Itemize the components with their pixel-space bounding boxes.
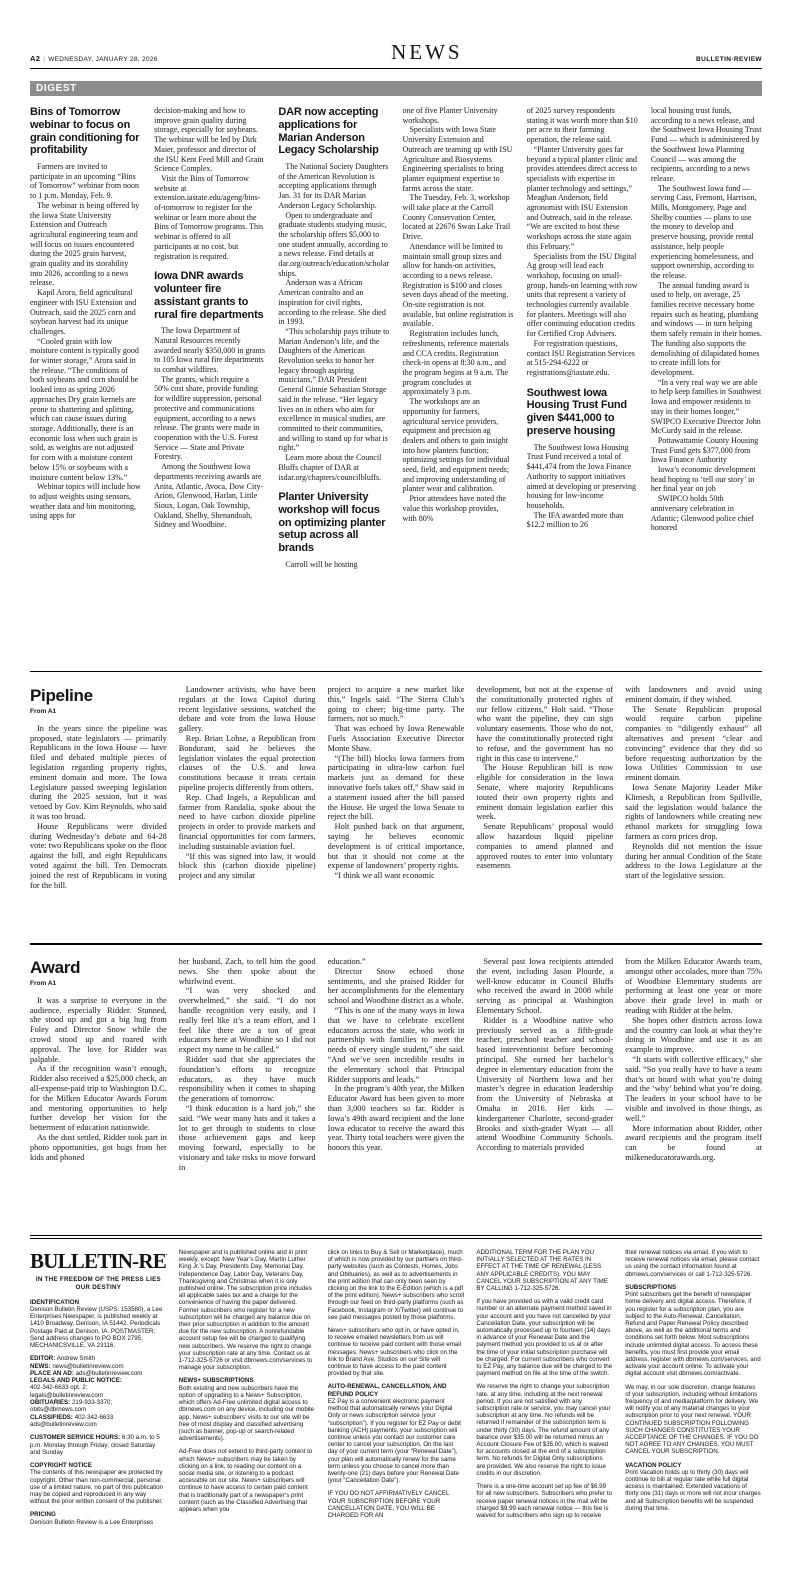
article-headline: Bins of Tomorrow webinar to focus on gra… [30,106,141,157]
article-paragraph: Landowner activists, who have been regul… [179,685,316,734]
article-paragraph: The annual funding award is used to help… [651,281,762,378]
article-paragraph: “In a very real way we are able to help … [651,378,762,436]
masthead: BULLETIN-REVIEWIN THE FREEDOM OF THE PRE… [30,1249,762,1579]
article-paragraph: project to acquire a new market like thi… [328,685,465,724]
article-paragraph: from the Milken Educator Awards team, am… [625,957,762,1016]
masthead-heading: NEWS+ SUBSCRIPTIONS [179,1377,316,1384]
contact-label: LEGALS AND PUBLIC NOTICE: [30,1377,122,1384]
masthead-paragraph: If you have provided us with a valid cre… [476,1298,613,1377]
contact-label: CLASSIFIEDS: [30,1414,73,1421]
article-paragraph: decision-making and how to improve grain… [154,106,265,174]
article-paragraph: As the dust settled, Ridder took part in… [30,1133,167,1162]
masthead-paragraph: Both existing and new subscribers have t… [179,1385,316,1443]
article-paragraph: development, but not at the expense of t… [476,685,613,763]
text-column: of 2025 survey respondents stating it wa… [527,106,638,664]
contact-label: EDITOR: [30,1355,55,1362]
article-paragraph: Prior attendees have noted the value thi… [402,494,513,523]
article-paragraph: “This scholarship pays tribute to Marian… [278,327,389,453]
article-paragraph: education.” [328,957,465,967]
article-headline: Southwest Iowa Housing Trust Fund given … [527,387,638,438]
masthead-paragraph: Denison Bulletin Review (USPS: 153580), … [30,1306,167,1349]
article-paragraph: Among the Southwest Iowa departments rec… [154,462,265,530]
masthead-paragraph: Ad-Free does not extend to third-party c… [179,1448,316,1513]
article-paragraph: More information about Ridder, other awa… [625,1124,762,1163]
article-paragraph: “It starts with collective efficacy,” sh… [625,1055,762,1124]
masthead-paragraph: We reserve the right to change your subs… [476,1383,613,1477]
text-column: Newspaper and is published online and in… [179,1249,316,1579]
masthead-heading: VACATION POLICY [625,1462,762,1469]
article-paragraph: local housing trust funds, according to … [651,106,762,184]
article-paragraph: Visit the Bins of Tomorrow website at ex… [154,174,265,261]
article-paragraph: “Planter University goes far beyond a ty… [527,145,638,252]
text-column: with landowners and avoid using eminent … [625,685,762,933]
masthead-paragraph: Denison Bulletin Review is a Lee Enterpr… [30,1519,167,1526]
article-paragraph: her husband, Zach, to tell him the good … [179,957,316,986]
divider-rule [30,943,762,945]
article-headline: Iowa DNR awards volunteer fire assistant… [154,270,265,321]
text-column: Bins of Tomorrow webinar to focus on gra… [30,106,141,664]
masthead-heading: SUBSCRIPTIONS [625,1284,762,1291]
masthead-paragraph: EZ Pay is a convenient electronic paymen… [328,1398,465,1484]
article-paragraph: The grants, which require a 50% cost sha… [154,375,265,462]
article-paragraph: Specialists with Iowa State University E… [402,125,513,193]
article-paragraph: Attendance will be limited to maintain s… [402,242,513,329]
contact-label: OBITUARIES: [30,1399,70,1406]
article-paragraph: Ridder said that she appreciates the fou… [179,1055,316,1104]
newspaper-page: A2|WEDNESDAY, JANUARY 28, 2026 NEWS BULL… [0,0,792,1584]
text-column: their renewal notices via email. If you … [625,1249,762,1579]
article-paragraph: with landowners and avoid using eminent … [625,685,762,705]
divider-rule [30,1235,762,1239]
article-paragraph: of 2025 survey respondents stating it wa… [527,106,638,145]
article-paragraph: Several past Iowa recipients attended th… [476,957,613,1016]
digest-banner: DIGEST [30,81,762,96]
digest-section: Bins of Tomorrow webinar to focus on gra… [30,106,762,664]
contact-label: CUSTOMER SERVICE HOURS: [30,1434,120,1441]
masthead-paragraph: click on links to Buy & Sell or Marketpl… [328,1249,465,1321]
article-paragraph: Rep. Chad Ingels, a Republican and farme… [179,793,316,852]
article-paragraph: Iowa Senate Majority Leader Mike Klimesh… [625,783,762,842]
article-paragraph: SWIPCO holds 50th anniversary celebratio… [651,494,762,533]
article-paragraph: That was echoed by Iowa Renewable Fuels … [328,724,465,753]
text-column: one of five Planter University workshops… [402,106,513,664]
masthead-contact-line: LEGALS AND PUBLIC NOTICE: [30,1377,167,1384]
masthead-contact-line: CLASSIFIEDS: 402-342-6633 [30,1414,167,1421]
article-paragraph: Farmers are invited to participate in an… [30,162,141,201]
masthead-logo: BULLETIN-REVIEW [30,1251,167,1272]
article-paragraph: Kapil Arora, field agricultural engineer… [30,288,141,337]
masthead-paragraph: Print subscribers get the benefit of new… [625,1291,762,1377]
masthead-heading: AUTO-RENEWAL, CANCELLATION, AND REFUND P… [328,1383,465,1398]
award-article: AwardFrom A1It was a surprise to everyon… [30,957,762,1225]
folio-separator: | [40,56,48,63]
article-paragraph: Pottawattamie County Housing Trust Fund … [651,436,762,465]
article-paragraph: “I think we all want economic [328,871,465,881]
text-column: PipelineFrom A1In the years since the pi… [30,685,167,933]
masthead-paragraph: their renewal notices via email. If you … [625,1249,762,1278]
contact-label: NEWS: [30,1363,51,1370]
article-paragraph: Registration includes lunch, refreshment… [402,329,513,397]
publication-name: BULLETIN-REVIEW [696,56,762,63]
article-paragraph: As if the recognition wasn’t enough, Rid… [30,1064,167,1133]
continued-from-label: From A1 [30,708,167,715]
divider-rule [30,671,762,672]
continued-from-label: From A1 [30,980,167,987]
article-paragraph: one of five Planter University workshops… [402,106,513,125]
article-paragraph: For registration questions, contact ISU … [527,339,638,378]
masthead-paragraph: Newspaper and is published online and in… [179,1249,316,1371]
article-paragraph: The Tuesday, Feb. 3, workshop will take … [402,193,513,242]
article-paragraph: Iowa’s economic development head hoping … [651,465,762,494]
text-column: education.”Director Snow echoed those se… [328,957,465,1225]
text-column: AwardFrom A1It was a surprise to everyon… [30,957,167,1225]
masthead-contact-line: EDITOR: Andrew Smith [30,1355,167,1362]
article-paragraph: Carroll will be hosting [278,560,389,570]
article-paragraph: It was a surprise to everyone in the aud… [30,996,167,1065]
page-header: A2|WEDNESDAY, JANUARY 28, 2026 NEWS BULL… [30,42,762,63]
masthead-contact-line: NEWS: news@bulletinreview.com [30,1363,167,1370]
text-column: BULLETIN-REVIEWIN THE FREEDOM OF THE PRE… [30,1249,167,1579]
page-number: A2 [30,54,40,63]
pipeline-article: PipelineFrom A1In the years since the pi… [30,685,762,933]
article-paragraph: Webinar topics will include how to adjus… [30,482,141,521]
text-column: her husband, Zach, to tell him the good … [179,957,316,1225]
article-paragraph: Director Snow echoed those sentiments, a… [328,967,465,1006]
article-paragraph: Rep. Brian Lohse, a Republican from Bond… [179,734,316,793]
masthead-tagline: IN THE FREEDOM OF THE PRESS LIES OUR DES… [30,1276,167,1293]
article-paragraph: The Senate Republican proposal would req… [625,705,762,783]
article-paragraph: The IFA awarded more than $12.2 million … [527,511,638,530]
article-paragraph: The Southwest Iowa Housing Trust Fund re… [527,443,638,511]
article-paragraph: The Iowa Department of Natural Resources… [154,326,265,375]
masthead-heading: PRICING [30,1511,167,1518]
article-paragraph: “Cooled grain with low moisture content … [30,337,141,483]
text-column: local housing trust funds, according to … [651,106,762,664]
text-column: Several past Iowa recipients attended th… [476,957,613,1225]
article-paragraph: Learn more about the Council Bluffs chap… [278,453,389,482]
masthead-paragraph: We may, in our sole discretion, change f… [625,1384,762,1456]
header-rule [30,68,762,69]
article-paragraph: In the program’s 40th year, the Milken E… [328,1084,465,1153]
article-paragraph: “I was very shocked and overwhelmed,” sh… [179,986,316,1055]
article-paragraph: “I think education is a hard job,” she s… [179,1104,316,1173]
masthead-paragraph: Print Vacation holds up to thirty (30) d… [625,1469,762,1512]
masthead-contact-line: PLACE AN AD: ads@bulletinreview.com [30,1370,167,1377]
masthead-contact-line: ads@bulletinreview.com [30,1421,167,1428]
article-paragraph: Open to undergraduate and graduate stude… [278,211,389,279]
article-paragraph: The House Republican bill is now eligibl… [476,763,613,822]
article-paragraph: Anderson was a African American contralt… [278,278,389,327]
masthead-paragraph: IF YOU DO NOT AFFIRMATIVELY CANCEL YOUR … [328,1490,465,1519]
masthead-paragraph: The contents of this newspaper are prote… [30,1469,167,1505]
text-column: project to acquire a new market like thi… [328,685,465,933]
article-paragraph: “If this was signed into law, it would b… [179,852,316,881]
issue-date: WEDNESDAY, JANUARY 28, 2026 [48,56,158,63]
article-paragraph: She hopes other districts across Iowa an… [625,1016,762,1055]
masthead-paragraph: There is a one-time account set up fee o… [476,1483,613,1519]
masthead-paragraph: ADDITIONAL TERM FOR THE PLAN YOU INITIAL… [476,1249,613,1292]
article-paragraph: “(The bill) blocks Iowa farmers from par… [328,754,465,823]
text-column: DAR now accepting applications for Maria… [278,106,389,664]
article-paragraph: Specialists from the ISU Digital Ag grou… [527,252,638,339]
masthead-contact-line: 402-342-6633 opt. 2; [30,1384,167,1391]
text-column: click on links to Buy & Sell or Marketpl… [328,1249,465,1579]
article-paragraph: Ridder is a Woodbine native who previous… [476,1016,613,1153]
article-paragraph: In the years since the pipeline was prop… [30,724,167,822]
masthead-heading: COPYRIGHT NOTICE [30,1462,167,1469]
masthead-heading: IDENTIFICATION [30,1299,167,1306]
text-column: ADDITIONAL TERM FOR THE PLAN YOU INITIAL… [476,1249,613,1579]
article-paragraph: Holt pushed back on that argument, sayin… [328,822,465,871]
article-headline: DAR now accepting applications for Maria… [278,106,389,157]
text-column: development, but not at the expense of t… [476,685,613,933]
article-headline: Planter University workshop will focus o… [278,491,389,555]
contact-label: PLACE AN AD: [30,1370,74,1377]
article-paragraph: Reynolds did not mention the issue durin… [625,842,762,881]
article-title: Award [30,959,167,977]
article-paragraph: The workshops are an opportunity for far… [402,397,513,494]
text-column: Landowner activists, who have been regul… [179,685,316,933]
article-paragraph: “This is one of the many ways in Iowa th… [328,1006,465,1084]
masthead-contact-line: CUSTOMER SERVICE HOURS: 6:30 a.m. to 5 p… [30,1434,167,1456]
masthead-contact-line: legals@bulletinreview.com [30,1392,167,1399]
masthead-paragraph: News+ subscribers who opt in, or have op… [328,1327,465,1377]
article-paragraph: House Republicans were divided during We… [30,822,167,891]
article-paragraph: Senate Republicans’ proposal would allow… [476,822,613,871]
text-column: from the Milken Educator Awards team, am… [625,957,762,1225]
masthead-contact-line: OBITUARIES: 219-933-3370; obits@dbrnews.… [30,1399,167,1414]
article-paragraph: The National Society Daughters of the Am… [278,162,389,211]
folio-line: A2|WEDNESDAY, JANUARY 28, 2026 [30,54,158,63]
article-paragraph: The webinar is being offered by the Iowa… [30,201,141,288]
article-paragraph: The Southwest Iowa fund — serving Cass, … [651,184,762,281]
section-name: NEWS [391,42,463,63]
article-title: Pipeline [30,687,167,705]
text-column: decision-making and how to improve grain… [154,106,265,664]
